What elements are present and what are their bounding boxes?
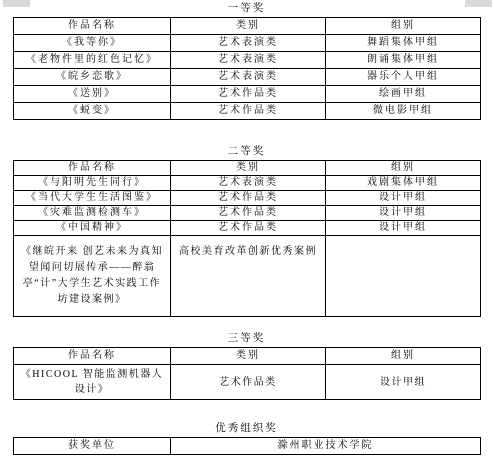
table-header-row: 作品名称 类别 组别: [14, 161, 481, 176]
table-row: 《与阳明先生同行》 艺术表演类 戏剧集体甲组: [14, 176, 481, 191]
table-row: 《老物件里的红色记忆》 艺术表演类 朗诵集体甲组: [14, 52, 481, 69]
table-cell: 《中国精神》: [14, 221, 171, 236]
column-header-category: 类别: [171, 161, 326, 176]
section-title-second-prize: 二等奖: [13, 145, 480, 158]
table-cell: 微电影甲组: [326, 103, 481, 120]
organization-award-table: 获奖单位 滁州职业技术学院: [13, 437, 481, 455]
section-title-third-prize: 三等奖: [13, 332, 480, 345]
column-header-work-name: 作品名称: [14, 348, 171, 365]
table-row: 获奖单位 滁州职业技术学院: [14, 438, 481, 455]
column-header-category: 类别: [171, 348, 326, 365]
table-row: 《灾难监测检测车》 艺术作品类 设计甲组: [14, 206, 481, 221]
section-title-organization-award: 优秀组织奖: [13, 422, 480, 435]
table-cell: 《蜕变》: [14, 103, 171, 120]
table-cell: 《继皖开来 创艺未来为真知 望闻问切展传承——醉翁亭“计”大学生艺术实践工作坊建…: [14, 236, 171, 317]
table-cell: 艺术作品类: [171, 103, 326, 120]
table-cell: 艺术表演类: [171, 69, 326, 86]
table-cell: 设计甲组: [326, 206, 481, 221]
table-row: 《皖乡恋歌》 艺术表演类 器乐个人甲组: [14, 69, 481, 86]
table-cell: 《皖乡恋歌》: [14, 69, 171, 86]
column-header-group: 组别: [326, 18, 481, 35]
table-cell: 戏剧集体甲组: [326, 176, 481, 191]
table-cell: 艺术作品类: [171, 191, 326, 206]
table-row: 《继皖开来 创艺未来为真知 望闻问切展传承——醉翁亭“计”大学生艺术实践工作坊建…: [14, 236, 481, 317]
table-row: 《中国精神》 艺术作品类 设计甲组: [14, 221, 481, 236]
table-cell: 艺术表演类: [171, 35, 326, 52]
table-cell: 《老物件里的红色记忆》: [14, 52, 171, 69]
table-cell: 朗诵集体甲组: [326, 52, 481, 69]
table-cell: [326, 236, 481, 317]
table-cell: 艺术表演类: [171, 176, 326, 191]
table-header-row: 作品名称 类别 组别: [14, 18, 481, 35]
column-header-group: 组别: [326, 348, 481, 365]
table-row: 《我等你》 艺术表演类 舞蹈集体甲组: [14, 35, 481, 52]
table-cell: 艺术表演类: [171, 52, 326, 69]
table-cell: 艺术作品类: [171, 206, 326, 221]
table-cell: 设计甲组: [326, 365, 481, 400]
table-cell: 设计甲组: [326, 191, 481, 206]
table-cell: 艺术作品类: [171, 221, 326, 236]
table-row: 《当代大学生生活图鉴》 艺术作品类 设计甲组: [14, 191, 481, 206]
first-prize-table: 作品名称 类别 组别 《我等你》 艺术表演类 舞蹈集体甲组 《老物件里的红色记忆…: [13, 17, 481, 120]
awarded-unit-label-cell: 获奖单位: [14, 438, 171, 455]
table-cell: 《与阳明先生同行》: [14, 176, 171, 191]
table-row: 《送别》 艺术作品类 绘画甲组: [14, 86, 481, 103]
column-header-group: 组别: [326, 161, 481, 176]
document-page: 一等奖 作品名称 类别 组别 《我等你》 艺术表演类 舞蹈集体甲组 《老物件里的…: [0, 0, 494, 455]
table-row: 《HICOOL 智能监测机器人设计》 艺术作品类 设计甲组: [14, 365, 481, 400]
table-row: 《蜕变》 艺术作品类 微电影甲组: [14, 103, 481, 120]
column-header-category: 类别: [171, 18, 326, 35]
table-cell: 艺术作品类: [171, 365, 326, 400]
table-cell: 高校美育改革创新优秀案例: [171, 236, 326, 317]
table-cell: 《灾难监测检测车》: [14, 206, 171, 221]
top-right-fragment: [465, 0, 492, 7]
table-cell: 绘画甲组: [326, 86, 481, 103]
table-cell: 设计甲组: [326, 221, 481, 236]
table-cell: 舞蹈集体甲组: [326, 35, 481, 52]
table-cell: 器乐个人甲组: [326, 69, 481, 86]
table-cell: 《我等你》: [14, 35, 171, 52]
column-header-work-name: 作品名称: [14, 18, 171, 35]
second-prize-table: 作品名称 类别 组别 《与阳明先生同行》 艺术表演类 戏剧集体甲组 《当代大学生…: [13, 160, 481, 317]
column-header-work-name: 作品名称: [14, 161, 171, 176]
table-cell: 《HICOOL 智能监测机器人设计》: [14, 365, 171, 400]
awarded-unit-value-cell: 滁州职业技术学院: [171, 438, 481, 455]
table-cell: 《当代大学生生活图鉴》: [14, 191, 171, 206]
table-header-row: 作品名称 类别 组别: [14, 348, 481, 365]
third-prize-table: 作品名称 类别 组别 《HICOOL 智能监测机器人设计》 艺术作品类 设计甲组: [13, 347, 481, 400]
section-title-first-prize: 一等奖: [13, 2, 480, 15]
table-cell: 《送别》: [14, 86, 171, 103]
top-left-fragment: [3, 0, 30, 7]
table-cell: 艺术作品类: [171, 86, 326, 103]
